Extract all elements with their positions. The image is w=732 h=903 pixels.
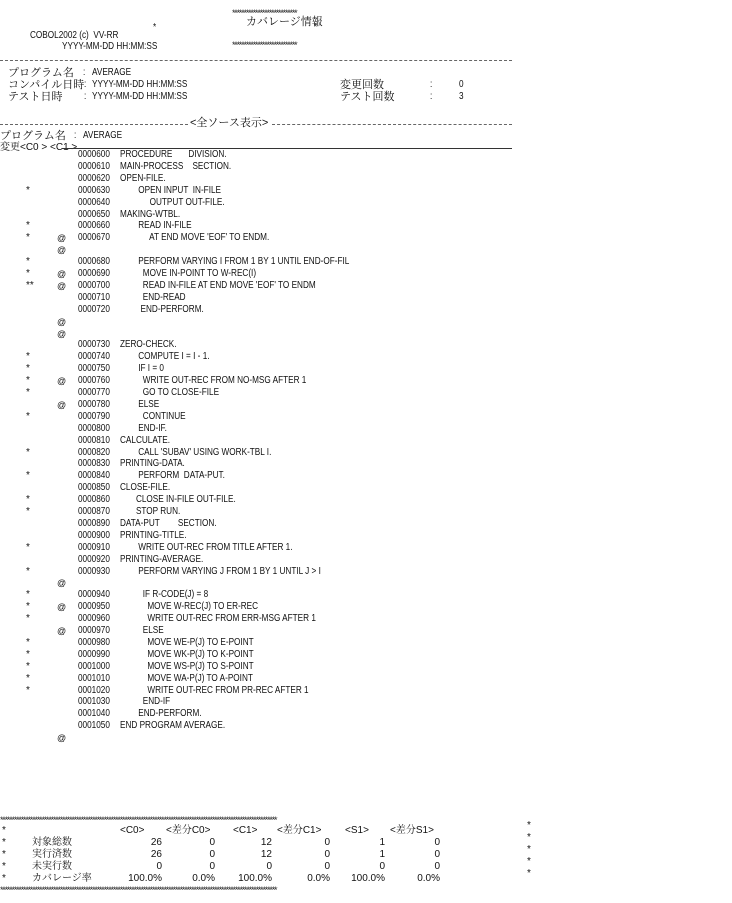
source-line: *0000770 GO TO CLOSE-FILE: [0, 387, 732, 399]
source-code: PRINTING-AVERAGE.: [120, 554, 203, 566]
line-number: 0000870: [78, 506, 110, 518]
source-line: *0000860 CLOSE IN-FILE OUT-FILE.: [0, 494, 732, 506]
c0-execution-marker: *: [26, 351, 30, 363]
c0-execution-marker: *: [26, 673, 30, 685]
line-number: 0000980: [78, 637, 110, 649]
summary-row-marker: *: [2, 873, 6, 885]
c0-execution-marker: *: [26, 601, 30, 613]
source-line: *0000630 OPEN INPUT IN-FILE: [0, 185, 732, 197]
summary-column-header: <C0>: [120, 825, 144, 837]
summary-cell: 0: [280, 849, 330, 861]
source-line: @0000970 ELSE: [0, 625, 732, 637]
source-line: 0000800 END-IF.: [0, 423, 732, 435]
test-datetime-sep: :: [84, 91, 86, 103]
line-number: 0000690: [78, 268, 110, 280]
summary-column-header: <S1>: [345, 825, 369, 837]
line-number: 0000750: [78, 363, 110, 375]
source-code: WRITE OUT-REC FROM NO-MSG AFTER 1: [120, 375, 306, 387]
summary-row-label: カバレージ率: [32, 873, 92, 885]
line-number: 0000660: [78, 220, 110, 232]
summary-row-marker: *: [2, 849, 6, 861]
test-datetime-value: YYYY-MM-DD HH:MM:SS: [92, 91, 187, 103]
source-code: MOVE WK-P(J) TO K-POINT: [120, 649, 254, 661]
summary-cell: 0: [390, 861, 440, 873]
source-code: COMPUTE I = I - 1.: [120, 351, 210, 363]
line-number: 0000950: [78, 601, 110, 613]
source-line: *0000660 READ IN-FILE: [0, 220, 732, 232]
source-code: PERFORM VARYING I FROM 1 BY 1 UNTIL END-…: [120, 256, 349, 268]
source-code: DATA-PUT SECTION.: [120, 518, 217, 530]
line-number: 0000610: [78, 161, 110, 173]
summary-cell: 100.0%: [112, 873, 162, 885]
line-number: 0000920: [78, 554, 110, 566]
summary-cell: 0.0%: [390, 873, 440, 885]
source-line: @0000780 ELSE: [0, 399, 732, 411]
c0-execution-marker: *: [26, 411, 30, 423]
line-number: 0000620: [78, 173, 110, 185]
source-line: 0001050END PROGRAM AVERAGE.: [0, 720, 732, 732]
summary-cell: 0: [280, 837, 330, 849]
compile-datetime-sep: :: [84, 79, 86, 91]
source-line: *0000790 CONTINUE: [0, 411, 732, 423]
c1-branch-marker: @: [57, 625, 66, 637]
source-code: GO TO CLOSE-FILE: [120, 387, 219, 399]
line-number: 0000840: [78, 470, 110, 482]
source-line: 0000720 END-PERFORM.: [0, 304, 732, 316]
line-number: 0000830: [78, 458, 110, 470]
summary-row-marker: *: [2, 861, 6, 873]
source-code: MOVE WE-P(J) TO E-POINT: [120, 637, 254, 649]
divider-source-left: [0, 124, 188, 125]
line-number: 0000900: [78, 530, 110, 542]
summary-cell: 0.0%: [280, 873, 330, 885]
summary-row-label: 対象総数: [32, 837, 72, 849]
source-code: PROCEDURE DIVISION.: [120, 149, 227, 161]
line-number: 0000970: [78, 625, 110, 637]
source-code: ELSE: [120, 399, 159, 411]
compile-datetime-label: コンパイル日時: [8, 79, 84, 91]
source-code: MOVE W-REC(J) TO ER-REC: [120, 601, 258, 613]
source-code: END PROGRAM AVERAGE.: [120, 720, 225, 732]
source-line: *0000680 PERFORM VARYING I FROM 1 BY 1 U…: [0, 256, 732, 268]
c0-execution-marker: *: [26, 256, 30, 268]
source-line: *@0000950 MOVE W-REC(J) TO ER-REC: [0, 601, 732, 613]
summary-column-header: <差分C0>: [166, 825, 210, 837]
source-code: WRITE OUT-REC FROM ERR-MSG AFTER 1: [120, 613, 316, 625]
line-number: 0000960: [78, 613, 110, 625]
source-line: *0001010 MOVE WA-P(J) TO A-POINT: [0, 673, 732, 685]
source-line: @: [0, 244, 732, 256]
c0-execution-marker: *: [26, 375, 30, 387]
source-line: *0000990 MOVE WK-P(J) TO K-POINT: [0, 649, 732, 661]
source-code: PRINTING-TITLE.: [120, 530, 187, 542]
source-line: *0000910 WRITE OUT-REC FROM TITLE AFTER …: [0, 542, 732, 554]
summary-row-label: 実行済数: [32, 849, 72, 861]
line-number: 0000770: [78, 387, 110, 399]
change-count-sep: :: [430, 79, 432, 91]
c0-execution-marker: **: [26, 280, 34, 292]
source-code: ELSE: [120, 625, 164, 637]
source-code: END-IF: [120, 696, 170, 708]
source-line: @: [0, 577, 732, 589]
change-count-value: 0: [459, 79, 464, 91]
line-number: 0001010: [78, 673, 110, 685]
summary-cell: 0: [165, 837, 215, 849]
source-code: MAIN-PROCESS SECTION.: [120, 161, 231, 173]
divider-source-right: [272, 124, 512, 125]
summary-cell: 12: [222, 837, 272, 849]
source-code: CLOSE-FILE.: [120, 482, 170, 494]
source-code: ZERO-CHECK.: [120, 339, 177, 351]
c0-execution-marker: *: [26, 589, 30, 601]
banner-title: カバレージ情報: [246, 16, 323, 28]
summary-column-header: <差分C1>: [277, 825, 321, 837]
summary-right-marker: *: [527, 832, 531, 844]
source-code: READ IN-FILE AT END MOVE 'EOF' TO ENDM: [120, 280, 316, 292]
program-name-label: プログラム名: [8, 67, 74, 79]
line-number: 0000860: [78, 494, 110, 506]
source-code: OUTPUT OUT-FILE.: [120, 197, 225, 209]
summary-cell: 26: [112, 837, 162, 849]
source-program-label: プログラム名: [0, 130, 66, 142]
summary-row-label: 未実行数: [32, 861, 72, 873]
c0-execution-marker: *: [26, 470, 30, 482]
summary-cell: 0: [165, 849, 215, 861]
source-line: 0000890DATA-PUT SECTION.: [0, 518, 732, 530]
source-line: *0000750 IF I = 0: [0, 363, 732, 375]
line-number: 0000640: [78, 197, 110, 209]
line-number: 0000850: [78, 482, 110, 494]
summary-cell: 0: [112, 861, 162, 873]
c1-branch-marker: @: [57, 316, 66, 328]
c0-execution-marker: *: [26, 506, 30, 518]
c0-execution-marker: *: [26, 220, 30, 232]
source-line: *0000960 WRITE OUT-REC FROM ERR-MSG AFTE…: [0, 613, 732, 625]
summary-cell: 1: [335, 837, 385, 849]
line-number: 0001050: [78, 720, 110, 732]
line-number: 0000730: [78, 339, 110, 351]
line-number: 0000990: [78, 649, 110, 661]
source-line: *0000740 COMPUTE I = I - 1.: [0, 351, 732, 363]
source-code: MOVE IN-POINT TO W-REC(I): [120, 268, 256, 280]
source-section-title: <全ソース表示>: [190, 117, 268, 129]
summary-bottom-border: ****************************************…: [0, 885, 512, 895]
divider-top: [0, 60, 512, 61]
source-line: 0000920PRINTING-AVERAGE.: [0, 554, 732, 566]
summary-cell: 1: [335, 849, 385, 861]
source-code: READ IN-FILE: [120, 220, 192, 232]
summary-column-header: <C1>: [233, 825, 257, 837]
c0-execution-marker: *: [26, 613, 30, 625]
source-code: WRITE OUT-REC FROM TITLE AFTER 1.: [120, 542, 293, 554]
report-datetime: YYYY-MM-DD HH:MM:SS: [62, 41, 157, 53]
summary-right-marker: *: [527, 856, 531, 868]
line-number: 0000800: [78, 423, 110, 435]
banner-bottom-border: ****************************: [232, 40, 350, 50]
c1-branch-marker: @: [57, 244, 66, 256]
compile-datetime-value: YYYY-MM-DD HH:MM:SS: [92, 79, 187, 91]
source-code: AT END MOVE 'EOF' TO ENDM.: [120, 232, 269, 244]
test-count-label: テスト回数: [340, 91, 395, 103]
summary-cell: 26: [112, 849, 162, 861]
summary-right-marker: *: [527, 820, 531, 832]
line-number: 0000740: [78, 351, 110, 363]
summary-cell: 0: [280, 861, 330, 873]
source-line: 0000810CALCULATE.: [0, 435, 732, 447]
c1-branch-marker: @: [57, 280, 66, 292]
line-number: 0000780: [78, 399, 110, 411]
c0-execution-marker: *: [26, 387, 30, 399]
summary-right-marker: *: [527, 844, 531, 856]
source-code: CONTINUE: [120, 411, 186, 423]
source-line: 0000850CLOSE-FILE.: [0, 482, 732, 494]
banner-right-star: *: [314, 22, 317, 34]
line-number: 0000680: [78, 256, 110, 268]
source-line: 0000710 END-READ: [0, 292, 732, 304]
line-number: 0001000: [78, 661, 110, 673]
test-datetime-label: テスト日時: [8, 91, 63, 103]
summary-row-marker: *: [2, 825, 6, 837]
source-code: IF I = 0: [120, 363, 164, 375]
c1-branch-marker: @: [57, 268, 66, 280]
line-number: 0000890: [78, 518, 110, 530]
source-line: @: [0, 316, 732, 328]
test-count-value: 3: [459, 91, 464, 103]
source-code: END-PERFORM.: [120, 708, 202, 720]
line-number: 0000600: [78, 149, 110, 161]
change-count-label: 変更回数: [340, 79, 384, 91]
source-code: PERFORM DATA-PUT.: [120, 470, 225, 482]
c0-execution-marker: *: [26, 542, 30, 554]
line-number: 0000710: [78, 292, 110, 304]
c0-execution-marker: *: [26, 268, 30, 280]
summary-cell: 0: [390, 849, 440, 861]
source-line: @: [0, 732, 732, 744]
c1-branch-marker: @: [57, 601, 66, 613]
c0-execution-marker: *: [26, 649, 30, 661]
c1-branch-marker: @: [57, 399, 66, 411]
source-code: STOP RUN.: [120, 506, 180, 518]
line-number: 0000760: [78, 375, 110, 387]
source-code: END-READ: [120, 292, 186, 304]
source-program-value: AVERAGE: [83, 130, 122, 142]
c0-execution-marker: *: [26, 185, 30, 197]
program-name-value: AVERAGE: [92, 67, 131, 79]
source-line: 0000730ZERO-CHECK.: [0, 339, 732, 351]
line-number: 0001030: [78, 696, 110, 708]
source-code: MOVE WA-P(J) TO A-POINT: [120, 673, 253, 685]
c1-branch-marker: @: [57, 732, 66, 744]
line-number: 0000790: [78, 411, 110, 423]
line-number: 0000720: [78, 304, 110, 316]
source-line: *0001000 MOVE WS-P(J) TO S-POINT: [0, 661, 732, 673]
line-number: 0000630: [78, 185, 110, 197]
line-number: 0000910: [78, 542, 110, 554]
line-number: 0000670: [78, 232, 110, 244]
summary-row-marker: *: [2, 837, 6, 849]
test-count-sep: :: [430, 91, 432, 103]
c1-branch-marker: @: [57, 577, 66, 589]
source-code: OPEN-FILE.: [120, 173, 166, 185]
summary-column-header: <差分S1>: [390, 825, 434, 837]
line-number: 0001040: [78, 708, 110, 720]
source-line: 0001040 END-PERFORM.: [0, 708, 732, 720]
line-number: 0000810: [78, 435, 110, 447]
source-line: *@0000760 WRITE OUT-REC FROM NO-MSG AFTE…: [0, 375, 732, 387]
summary-cell: 12: [222, 849, 272, 861]
source-line: *0000980 MOVE WE-P(J) TO E-POINT: [0, 637, 732, 649]
source-line: *0000840 PERFORM DATA-PUT.: [0, 470, 732, 482]
c1-branch-marker: @: [57, 232, 66, 244]
source-code: PRINTING-DATA.: [120, 458, 185, 470]
source-line: *@0000670 AT END MOVE 'EOF' TO ENDM.: [0, 232, 732, 244]
source-code: CALCULATE.: [120, 435, 170, 447]
summary-top-border: ****************************************…: [0, 815, 512, 825]
source-line: *0000870 STOP RUN.: [0, 506, 732, 518]
source-line: 0000830PRINTING-DATA.: [0, 458, 732, 470]
source-code: CLOSE IN-FILE OUT-FILE.: [120, 494, 236, 506]
c0-execution-marker: *: [26, 363, 30, 375]
summary-cell: 0: [335, 861, 385, 873]
c0-execution-marker: *: [26, 637, 30, 649]
program-name-sep: :: [83, 67, 85, 79]
banner-left-star: *: [153, 22, 156, 34]
summary-cell: 0: [222, 861, 272, 873]
summary-cell: 0: [165, 861, 215, 873]
source-code: END-IF.: [120, 423, 167, 435]
source-code: IF R-CODE(J) = 8: [120, 589, 208, 601]
source-code: OPEN INPUT IN-FILE: [120, 185, 221, 197]
summary-cell: 100.0%: [222, 873, 272, 885]
source-code: MOVE WS-P(J) TO S-POINT: [120, 661, 254, 673]
source-line: 0001030 END-IF: [0, 696, 732, 708]
source-line: *0000940 IF R-CODE(J) = 8: [0, 589, 732, 601]
summary-cell: 0: [390, 837, 440, 849]
c1-branch-marker: @: [57, 375, 66, 387]
line-number: 0000940: [78, 589, 110, 601]
line-number: 0000700: [78, 280, 110, 292]
c0-execution-marker: *: [26, 232, 30, 244]
source-line: 0000610MAIN-PROCESS SECTION.: [0, 161, 732, 173]
source-code: END-PERFORM.: [120, 304, 204, 316]
source-line: 0000900PRINTING-TITLE.: [0, 530, 732, 542]
source-program-sep: :: [74, 130, 76, 142]
c0-execution-marker: *: [26, 494, 30, 506]
summary-cell: 100.0%: [335, 873, 385, 885]
summary-right-marker: *: [527, 868, 531, 880]
source-line: 0000640 OUTPUT OUT-FILE.: [0, 197, 732, 209]
c0-execution-marker: *: [26, 661, 30, 673]
source-line: 0000620OPEN-FILE.: [0, 173, 732, 185]
source-line: *@0000690 MOVE IN-POINT TO W-REC(I): [0, 268, 732, 280]
source-line: **@0000700 READ IN-FILE AT END MOVE 'EOF…: [0, 280, 732, 292]
source-line: 0000600PROCEDURE DIVISION.: [0, 149, 732, 161]
summary-cell: 0.0%: [165, 873, 215, 885]
